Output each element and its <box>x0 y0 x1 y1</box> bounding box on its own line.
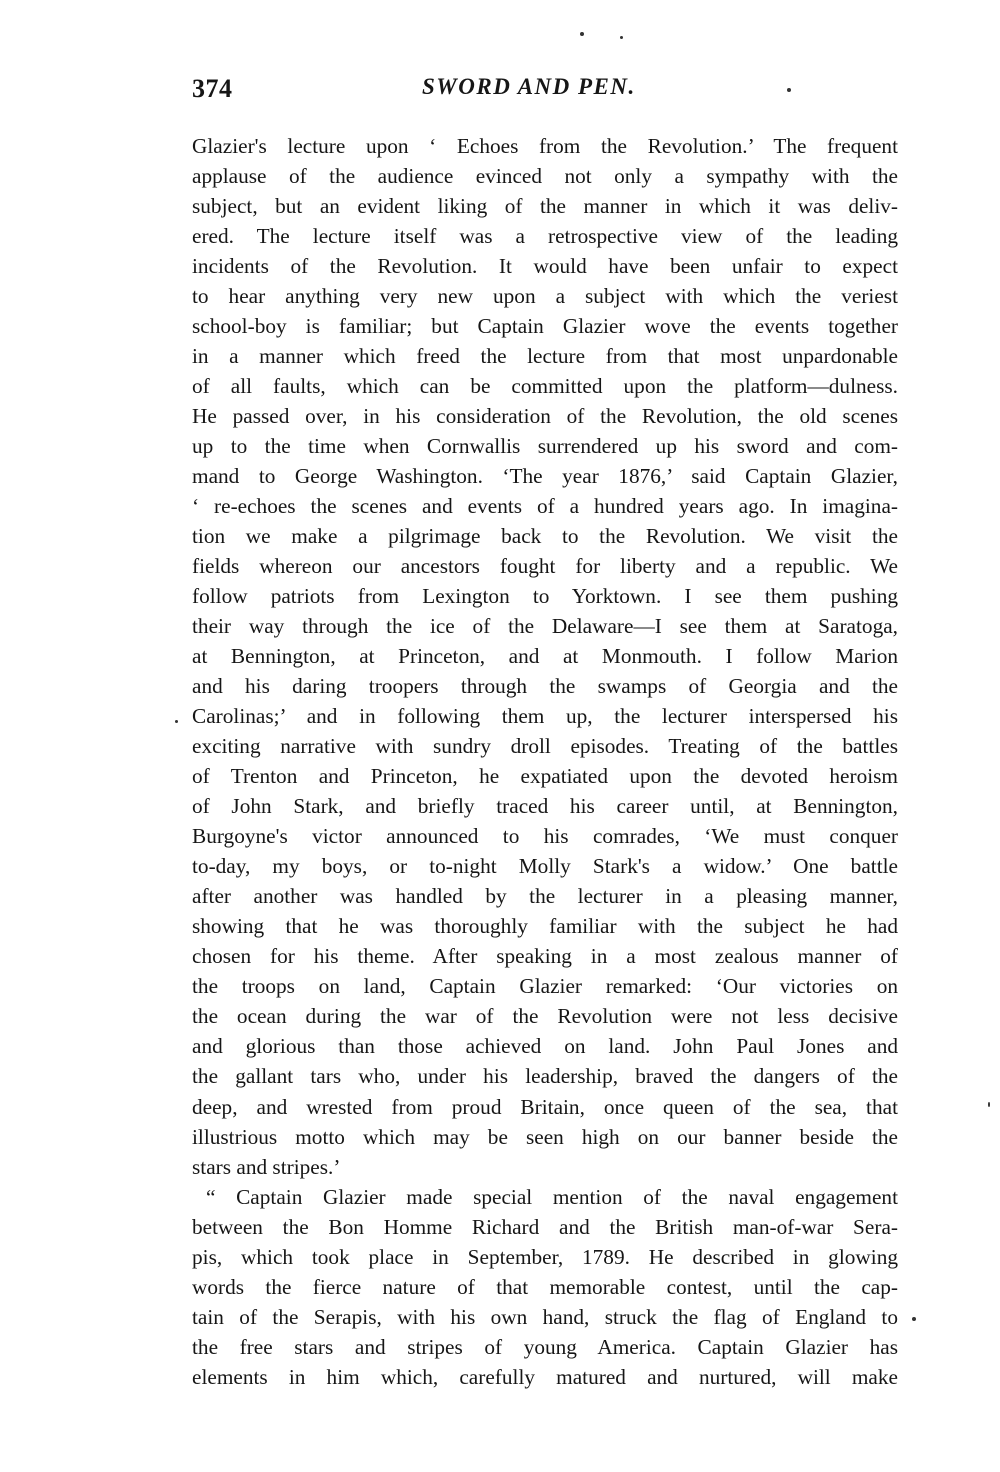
text-line: applause of the audience evinced not onl… <box>192 161 898 191</box>
text-line: to hear anything very new upon a subject… <box>192 281 898 311</box>
text-line: Carolinas;’ and in following them up, th… <box>192 701 898 731</box>
text-line: of all faults, which can be committed up… <box>192 371 898 401</box>
text-line: to-day, my boys, or to-night Molly Stark… <box>192 851 898 881</box>
text-line: mand to George Washington. ‘The year 187… <box>192 461 898 491</box>
text-line: tion we make a pilgrimage back to the Re… <box>192 521 898 551</box>
body-text: Glazier's lecture upon ‘ Echoes from the… <box>192 131 898 1392</box>
text-line: deep, and wrested from proud Britain, on… <box>192 1092 898 1122</box>
book-page: 374 SWORD AND PEN. Glazier's lecture upo… <box>0 0 1000 1472</box>
page-number: 374 <box>192 74 233 104</box>
text-line: illustrious motto which may be seen high… <box>192 1122 898 1152</box>
text-line: Glazier's lecture upon ‘ Echoes from the… <box>192 131 898 161</box>
text-line: and glorious than those achieved on land… <box>192 1031 898 1061</box>
text-line: between the Bon Homme Richard and the Br… <box>192 1212 898 1242</box>
text-line: tain of the Serapis, with his own hand, … <box>192 1302 898 1332</box>
text-line: up to the time when Cornwallis surrender… <box>192 431 898 461</box>
paragraph-end-line: stars and stripes.’ <box>192 1152 898 1182</box>
text-line: subject, but an evident liking of the ma… <box>192 191 898 221</box>
text-line: their way through the ice of the Delawar… <box>192 611 898 641</box>
scan-speck <box>175 720 178 723</box>
text-line: showing that he was thoroughly familiar … <box>192 911 898 941</box>
text-line: in a manner which freed the lecture from… <box>192 341 898 371</box>
text-line: ered. The lecture itself was a retrospec… <box>192 221 898 251</box>
scan-speck <box>988 1102 990 1107</box>
text-line: He passed over, in his consideration of … <box>192 401 898 431</box>
text-line: ‘ re-echoes the scenes and events of a h… <box>192 491 898 521</box>
text-line: at Bennington, at Princeton, and at Monm… <box>192 641 898 671</box>
text-line: the troops on land, Captain Glazier rema… <box>192 971 898 1001</box>
text-line: incidents of the Revolution. It would ha… <box>192 251 898 281</box>
text-line: the free stars and stripes of young Amer… <box>192 1332 898 1362</box>
text-line: school-boy is familiar; but Captain Glaz… <box>192 311 898 341</box>
text-line: after another was handled by the lecture… <box>192 881 898 911</box>
text-line: of Trenton and Princeton, he expatiated … <box>192 761 898 791</box>
scan-speck <box>580 32 584 36</box>
running-title: SWORD AND PEN. <box>422 74 636 100</box>
text-line: of John Stark, and briefly traced his ca… <box>192 791 898 821</box>
page-header: 374 SWORD AND PEN. <box>192 74 898 110</box>
scan-speck <box>620 36 623 39</box>
scan-speck <box>787 88 791 92</box>
text-line: the gallant tars who, under his leadersh… <box>192 1061 898 1091</box>
text-line: follow patriots from Lexington to Yorkto… <box>192 581 898 611</box>
paragraph-start-line: “ Captain Glazier made special mention o… <box>192 1182 898 1212</box>
text-line: elements in him which, carefully matured… <box>192 1362 898 1392</box>
text-line: and his daring troopers through the swam… <box>192 671 898 701</box>
text-line: Burgoyne's victor announced to his comra… <box>192 821 898 851</box>
scan-speck <box>912 1317 916 1321</box>
text-line: pis, which took place in September, 1789… <box>192 1242 898 1272</box>
text-line: fields whereon our ancestors fought for … <box>192 551 898 581</box>
text-line: chosen for his theme. After speaking in … <box>192 941 898 971</box>
text-line: the ocean during the war of the Revoluti… <box>192 1001 898 1031</box>
text-line: exciting narrative with sundry droll epi… <box>192 731 898 761</box>
text-line: words the fierce nature of that memorabl… <box>192 1272 898 1302</box>
